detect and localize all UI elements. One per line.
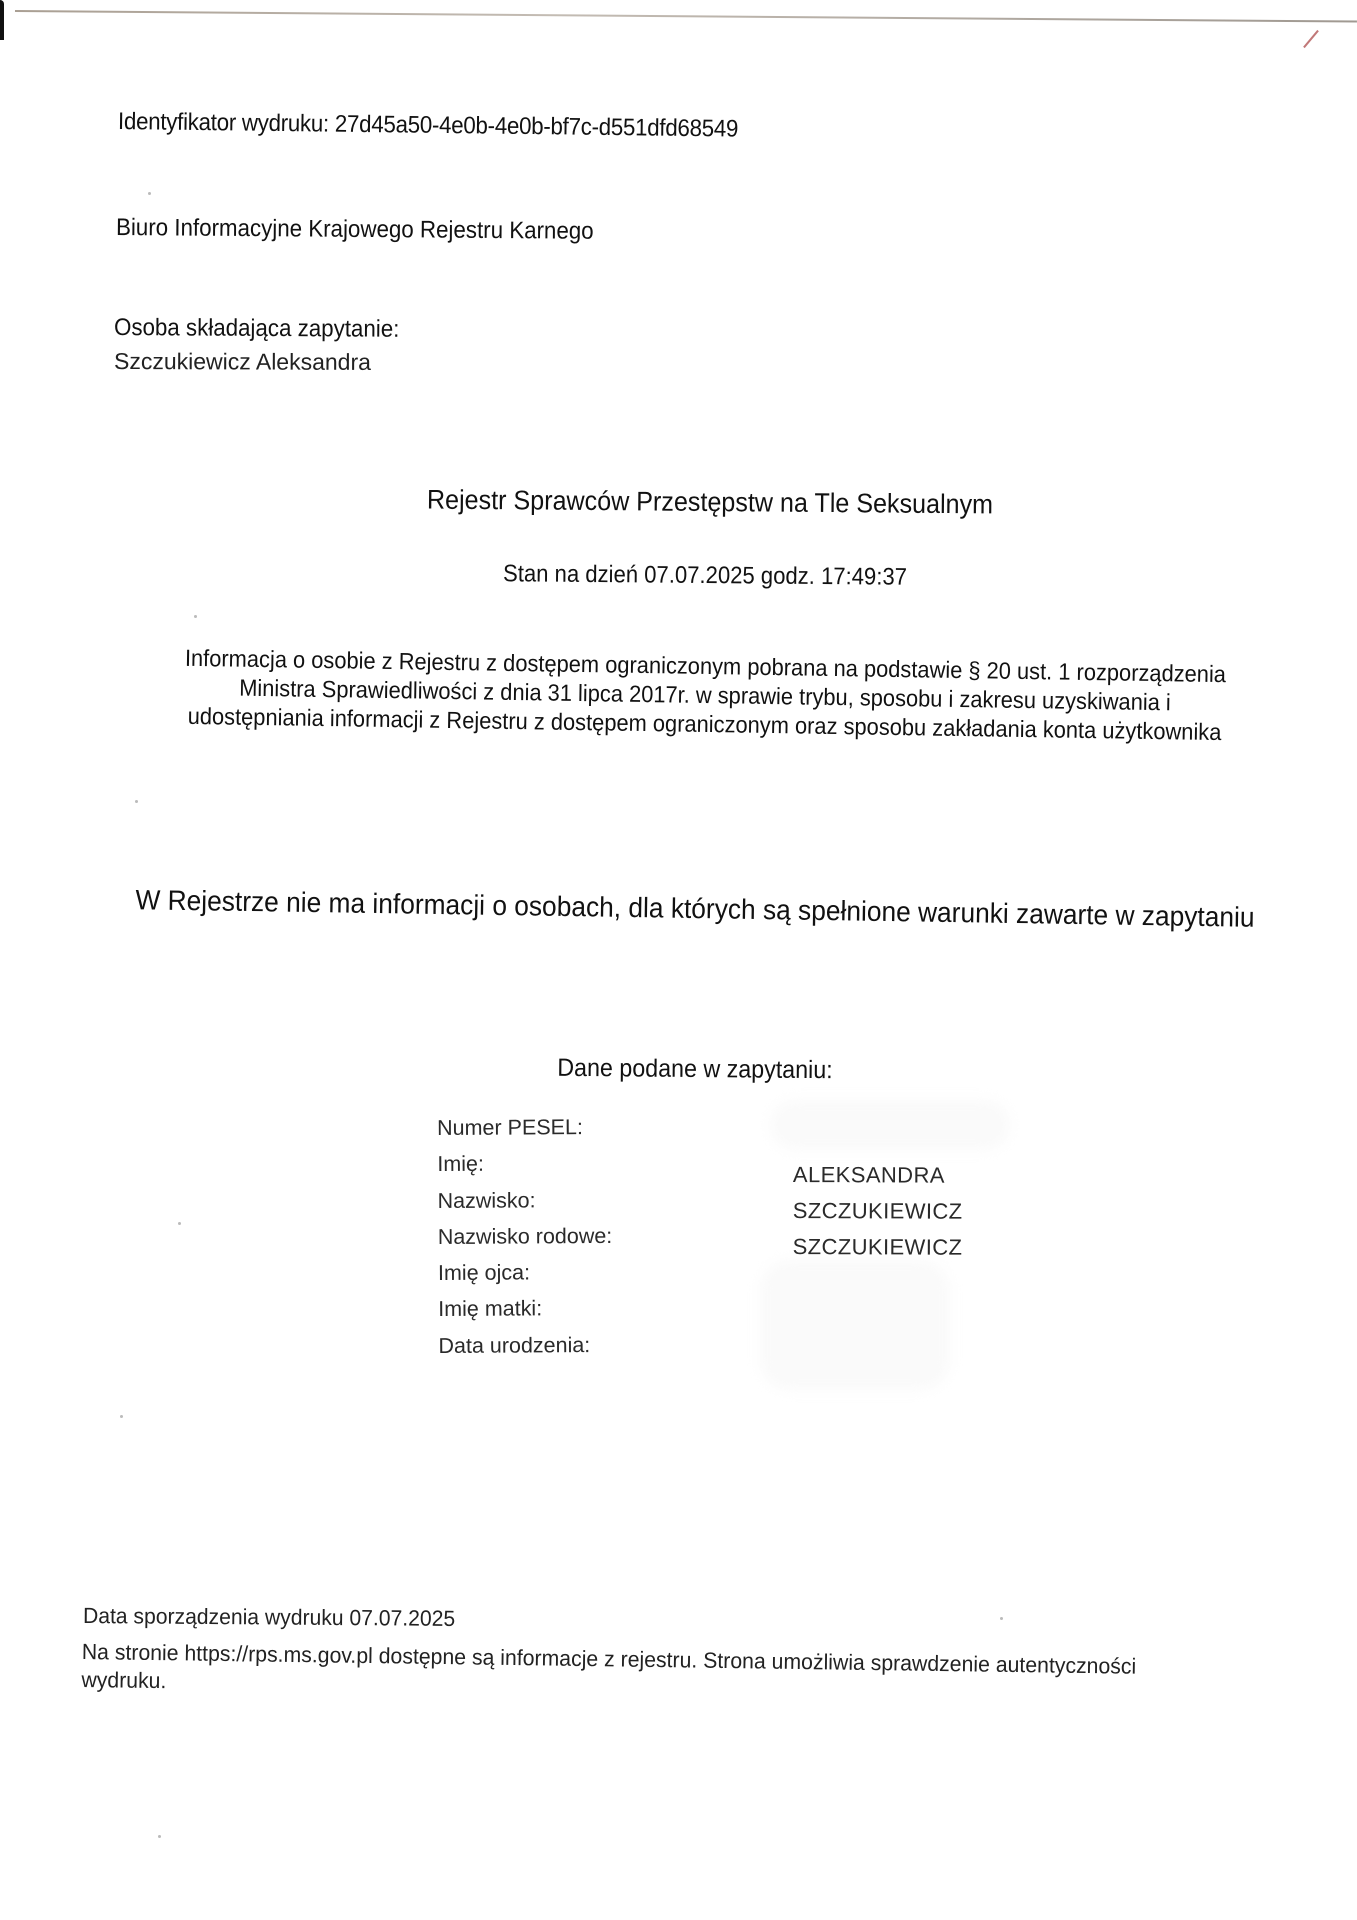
scan-pen-mark (1303, 30, 1319, 48)
field-value-maiden-name: SZCZUKIEWICZ (793, 1229, 963, 1266)
query-field-labels: Numer PESEL: Imię: Nazwisko: Nazwisko ro… (437, 1109, 613, 1364)
scan-top-line (15, 10, 1357, 23)
print-id-label: Identyfikator wydruku: (118, 108, 329, 138)
result-message: W Rejestrze nie ma informacji o osobach,… (117, 883, 1274, 935)
print-date: Data sporządzenia wydruku 07.07.2025 (83, 1603, 455, 1632)
field-label-surname: Nazwisko: (437, 1182, 612, 1219)
register-title: Rejestr Sprawców Przestępstw na Tle Seks… (50, 481, 1357, 524)
scanned-document-page: Identyfikator wydruku: 27d45a50-4e0b-4e0… (0, 0, 1357, 1920)
field-label-father-name: Imię ojca: (438, 1254, 613, 1291)
field-label-pesel: Numer PESEL: (437, 1109, 612, 1146)
scan-speck (148, 192, 151, 195)
redacted-area (760, 1260, 950, 1390)
field-label-birth-date: Data urodzenia: (438, 1327, 613, 1364)
field-value-surname: SZCZUKIEWICZ (793, 1193, 963, 1230)
print-id-value: 27d45a50-4e0b-4e0b-bf7c-d551dfd68549 (335, 111, 739, 143)
scan-speck (120, 1415, 123, 1418)
scan-speck (135, 800, 138, 803)
requester-label: Osoba składająca zapytanie: (114, 314, 400, 344)
redacted-area (770, 1100, 1010, 1150)
scan-speck (158, 1835, 161, 1838)
field-label-maiden-name: Nazwisko rodowe: (438, 1218, 613, 1255)
field-label-first-name: Imię: (437, 1145, 612, 1182)
scan-speck (178, 1222, 181, 1225)
scan-speck (1000, 1617, 1003, 1620)
requester-name: Szczukiewicz Aleksandra (114, 348, 371, 376)
legal-basis-text: Informacja o osobie z Rejestru z dostępe… (179, 644, 1231, 747)
state-date: Stan na dzień 07.07.2025 godz. 17:49:37 (56, 556, 1353, 595)
scan-speck (194, 615, 197, 618)
issuing-office: Biuro Informacyjne Krajowego Rejestru Ka… (116, 214, 594, 246)
query-field-values: ALEKSANDRA SZCZUKIEWICZ SZCZUKIEWICZ (793, 1157, 963, 1266)
field-label-mother-name: Imię matki: (438, 1290, 613, 1327)
print-identifier: Identyfikator wydruku: 27d45a50-4e0b-4e0… (118, 108, 738, 144)
field-value-first-name: ALEKSANDRA (793, 1157, 963, 1194)
authenticity-note: Na stronie https://rps.ms.gov.pl dostępn… (81, 1638, 1220, 1710)
query-data-title: Dane podane w zapytaniu: (49, 1049, 1342, 1089)
scan-edge (0, 0, 4, 40)
